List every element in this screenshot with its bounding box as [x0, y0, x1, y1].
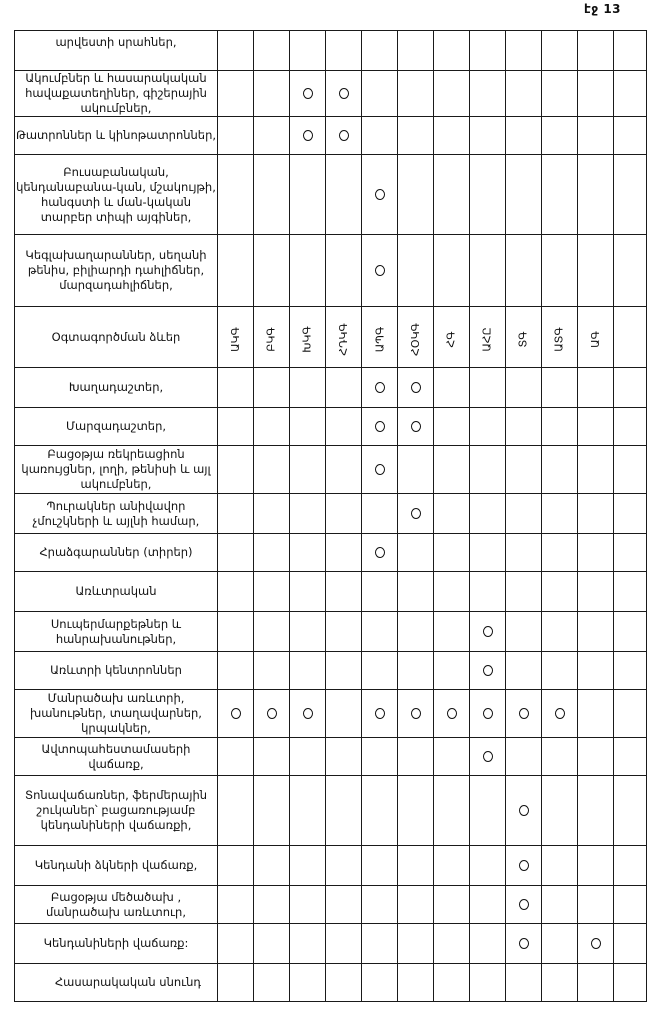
table-cell — [254, 155, 290, 235]
table-cell — [614, 155, 647, 235]
table-cell — [362, 155, 398, 235]
table-cell — [362, 690, 398, 738]
table-cell — [578, 846, 614, 886]
table-cell — [218, 924, 254, 964]
table-cell — [326, 408, 362, 446]
table-cell — [326, 612, 362, 652]
table-cell — [614, 964, 647, 1002]
table-cell — [398, 494, 434, 534]
table-cell — [506, 886, 542, 924]
table-cell — [254, 738, 290, 776]
table-cell — [218, 964, 254, 1002]
table-cell — [470, 408, 506, 446]
table-row: Ավտոպահեստամասերի վաճառք, — [15, 738, 647, 776]
table-cell — [326, 155, 362, 235]
table-row: Բացօթյա մեծածախ , մանրածախ առևտուր, — [15, 886, 647, 924]
table-cell — [506, 776, 542, 846]
table-cell — [398, 776, 434, 846]
col-header-2: ԲԿԳ — [254, 307, 290, 368]
table-cell — [290, 368, 326, 408]
col-header-6: ՀՕԿԳ — [398, 307, 434, 368]
header-row: Օգտագործման ձևեր ԱԿԳ ԲԿԳ ԽԿԳ ՀԴԿԳ ԱՊԳ ՀՕ… — [15, 307, 647, 368]
table-row: Հրաձգարաններ (տիրեր) — [15, 534, 647, 572]
rows-before-header: արվեստի սրահներ,Ակումբներ և հասարակական … — [15, 31, 647, 307]
table-cell — [614, 117, 647, 155]
table-cell — [254, 846, 290, 886]
table-cell — [398, 31, 434, 71]
table-cell — [254, 31, 290, 71]
table-cell — [614, 534, 647, 572]
circle-mark-icon — [447, 708, 457, 719]
table-cell — [614, 408, 647, 446]
circle-mark-icon — [411, 421, 421, 432]
table-cell — [542, 534, 578, 572]
section-label: Հասարակական սնունդ — [15, 964, 218, 1002]
table-cell — [362, 71, 398, 117]
table-cell — [578, 776, 614, 846]
table-cell — [398, 886, 434, 924]
table-cell — [254, 446, 290, 494]
table-cell — [542, 31, 578, 71]
table-cell — [434, 964, 470, 1002]
table-cell — [470, 964, 506, 1002]
table-cell — [290, 235, 326, 307]
table-cell — [542, 71, 578, 117]
table-cell — [290, 572, 326, 612]
table-cell — [542, 690, 578, 738]
table-cell — [218, 446, 254, 494]
table-cell — [614, 235, 647, 307]
table-cell — [290, 652, 326, 690]
table-cell — [506, 964, 542, 1002]
table-cell — [506, 235, 542, 307]
table-row: Ակումբներ և հասարակական հավաքատեղիներ, գ… — [15, 71, 647, 117]
table-cell — [290, 776, 326, 846]
row-label: Թատրոններ և կինոթատրոններ, — [15, 117, 218, 155]
table-cell — [398, 738, 434, 776]
table-cell — [434, 368, 470, 408]
table-cell — [542, 612, 578, 652]
table-cell — [470, 612, 506, 652]
table-cell — [578, 612, 614, 652]
table-cell — [326, 738, 362, 776]
table-cell — [398, 235, 434, 307]
table-cell — [326, 690, 362, 738]
table-cell — [326, 368, 362, 408]
row-label: Կենդանի ձկների վաճառք, — [15, 846, 218, 886]
table-cell — [362, 846, 398, 886]
table-cell — [434, 235, 470, 307]
table-cell — [398, 690, 434, 738]
table-cell — [506, 117, 542, 155]
table-cell — [506, 71, 542, 117]
table-row: Բուսաբանական, կենդանաբանա-կան, մշակույթի… — [15, 155, 647, 235]
circle-mark-icon — [303, 708, 313, 719]
table-cell — [434, 690, 470, 738]
row-label: Տոնավաճառներ, ֆերմերային շուկաներ՝ բացառ… — [15, 776, 218, 846]
table-cell — [614, 31, 647, 71]
table-cell — [542, 235, 578, 307]
table-cell — [578, 117, 614, 155]
circle-mark-icon — [411, 382, 421, 393]
table-cell — [290, 964, 326, 1002]
table-cell — [218, 368, 254, 408]
row-label: Մանրածախ առևտրի, խանութներ, տաղավարներ, … — [15, 690, 218, 738]
table-cell — [614, 446, 647, 494]
table-cell — [254, 235, 290, 307]
row-label: Սուպերմարքեթներ և հանրախանութներ, — [15, 612, 218, 652]
table-cell — [506, 368, 542, 408]
page-number-label: էջ 13 — [584, 2, 621, 16]
table-cell — [578, 31, 614, 71]
table-cell — [506, 31, 542, 71]
table-cell — [290, 534, 326, 572]
table-cell — [398, 117, 434, 155]
table-row: Մարզադաշտեր, — [15, 408, 647, 446]
table-cell — [506, 408, 542, 446]
circle-mark-icon — [519, 805, 529, 816]
table-cell — [614, 612, 647, 652]
table-cell — [218, 690, 254, 738]
table-cell — [470, 690, 506, 738]
table-cell — [470, 446, 506, 494]
circle-mark-icon — [231, 708, 241, 719]
table-cell — [506, 690, 542, 738]
circle-mark-icon — [591, 938, 601, 949]
table-cell — [218, 776, 254, 846]
row-label: Հրաձգարաններ (տիրեր) — [15, 534, 218, 572]
table-cell — [362, 612, 398, 652]
table-cell — [434, 71, 470, 117]
table-cell — [434, 572, 470, 612]
row-label: Ակումբներ և հասարակական հավաքատեղիներ, գ… — [15, 71, 218, 117]
table-cell — [470, 368, 506, 408]
table-row: Խաղադաշտեր, — [15, 368, 647, 408]
table-cell — [326, 776, 362, 846]
table-cell — [326, 652, 362, 690]
col-header-8: ԱՀԸ — [470, 307, 506, 368]
table-cell — [254, 71, 290, 117]
table-cell — [254, 408, 290, 446]
table-cell — [254, 776, 290, 846]
table-cell — [218, 612, 254, 652]
table-cell — [290, 71, 326, 117]
col-header-1: ԱԿԳ — [218, 307, 254, 368]
table-cell — [218, 117, 254, 155]
table-row: Մանրածախ առևտրի, խանութներ, տաղավարներ, … — [15, 690, 647, 738]
col-header-3: ԽԿԳ — [290, 307, 326, 368]
col-header-5: ԱՊԳ — [362, 307, 398, 368]
table-cell — [506, 155, 542, 235]
row-label: Բուսաբանական, կենդանաբանա-կան, մշակույթի… — [15, 155, 218, 235]
table-cell — [434, 155, 470, 235]
circle-mark-icon — [483, 626, 493, 637]
table-cell — [398, 924, 434, 964]
table-row: Հասարակական սնունդ — [15, 964, 647, 1002]
table-cell — [578, 652, 614, 690]
table-cell — [218, 155, 254, 235]
row-label: Բացօթյա մեծածախ , մանրածախ առևտուր, — [15, 886, 218, 924]
col-header-7: ՀԳ — [434, 307, 470, 368]
table-cell — [542, 155, 578, 235]
table-cell — [542, 738, 578, 776]
table-cell — [290, 690, 326, 738]
table-cell — [218, 652, 254, 690]
col-header-12 — [614, 307, 647, 368]
table-cell — [362, 235, 398, 307]
table-cell — [362, 494, 398, 534]
table-cell — [398, 71, 434, 117]
table-cell — [470, 924, 506, 964]
table-cell — [506, 572, 542, 612]
table-cell — [470, 155, 506, 235]
table-cell — [362, 924, 398, 964]
table-cell — [506, 534, 542, 572]
table-cell — [470, 31, 506, 71]
table-row: Պուրակներ անիվավոր չմուշկների և այլնի հա… — [15, 494, 647, 534]
table-cell — [398, 368, 434, 408]
table-cell — [290, 446, 326, 494]
table-cell — [218, 572, 254, 612]
table-cell — [542, 408, 578, 446]
circle-mark-icon — [483, 665, 493, 676]
table-cell — [326, 572, 362, 612]
circle-mark-icon — [375, 421, 385, 432]
table-cell — [326, 846, 362, 886]
circle-mark-icon — [555, 708, 565, 719]
table-cell — [398, 612, 434, 652]
header-label: Օգտագործման ձևեր — [15, 307, 218, 368]
table-cell — [578, 446, 614, 494]
table-cell — [614, 652, 647, 690]
circle-mark-icon — [483, 751, 493, 762]
table-cell — [578, 924, 614, 964]
table-cell — [434, 886, 470, 924]
table-row: Բացօթյա ռեկրեացիոն կառույցներ, լողի, թեն… — [15, 446, 647, 494]
row-label: Կեգլախաղարաններ, սեղանի թենիս, բիլիարդի … — [15, 235, 218, 307]
table-cell — [326, 886, 362, 924]
row-label: Բացօթյա ռեկրեացիոն կառույցներ, լողի, թեն… — [15, 446, 218, 494]
table-cell — [362, 652, 398, 690]
table-cell — [578, 71, 614, 117]
table-cell — [434, 738, 470, 776]
circle-mark-icon — [411, 708, 421, 719]
table-cell — [326, 235, 362, 307]
table-cell — [542, 652, 578, 690]
table-cell — [218, 738, 254, 776]
table-cell — [362, 368, 398, 408]
table-cell — [542, 368, 578, 408]
circle-mark-icon — [375, 464, 385, 475]
table-cell — [398, 846, 434, 886]
table-cell — [470, 117, 506, 155]
table-cell — [470, 494, 506, 534]
circle-mark-icon — [303, 130, 313, 141]
circle-mark-icon — [375, 708, 385, 719]
table-cell — [542, 446, 578, 494]
table-cell — [434, 494, 470, 534]
table-cell — [506, 652, 542, 690]
table-cell — [254, 572, 290, 612]
circle-mark-icon — [375, 265, 385, 276]
table-cell — [290, 408, 326, 446]
table-cell — [614, 738, 647, 776]
table-cell — [578, 572, 614, 612]
section-label: Առևտրական — [15, 572, 218, 612]
circle-mark-icon — [519, 708, 529, 719]
table-cell — [254, 494, 290, 534]
table-cell — [614, 494, 647, 534]
table-cell — [254, 964, 290, 1002]
table-cell — [434, 776, 470, 846]
table-cell — [326, 446, 362, 494]
header-row-group: Օգտագործման ձևեր ԱԿԳ ԲԿԳ ԽԿԳ ՀԴԿԳ ԱՊԳ ՀՕ… — [15, 307, 647, 368]
table-cell — [434, 534, 470, 572]
table-cell — [542, 846, 578, 886]
table-cell — [398, 964, 434, 1002]
table-cell — [578, 738, 614, 776]
table-cell — [254, 612, 290, 652]
table-cell — [470, 738, 506, 776]
table-cell — [470, 235, 506, 307]
row-label: Պուրակներ անիվավոր չմուշկների և այլնի հա… — [15, 494, 218, 534]
table-cell — [398, 408, 434, 446]
circle-mark-icon — [303, 88, 313, 99]
table-cell — [542, 886, 578, 924]
table-cell — [218, 494, 254, 534]
table-cell — [362, 408, 398, 446]
table-cell — [470, 776, 506, 846]
table-row: Կեգլախաղարաններ, սեղանի թենիս, բիլիարդի … — [15, 235, 647, 307]
table-cell — [470, 846, 506, 886]
table-cell — [578, 964, 614, 1002]
table-cell — [542, 964, 578, 1002]
table-cell — [254, 534, 290, 572]
table-cell — [542, 494, 578, 534]
table-cell — [470, 886, 506, 924]
table-row: Առևտրի կենտրոններ — [15, 652, 647, 690]
table-cell — [542, 117, 578, 155]
table-cell — [434, 846, 470, 886]
table-cell — [326, 117, 362, 155]
table-cell — [398, 652, 434, 690]
table-cell — [614, 690, 647, 738]
table-cell — [362, 572, 398, 612]
table-cell — [218, 886, 254, 924]
col-header-11: ԱԳ — [578, 307, 614, 368]
table-cell — [470, 71, 506, 117]
table-row: Առևտրական — [15, 572, 647, 612]
circle-mark-icon — [519, 860, 529, 871]
circle-mark-icon — [483, 708, 493, 719]
table-cell — [290, 924, 326, 964]
table-cell — [398, 534, 434, 572]
table-cell — [506, 446, 542, 494]
table-cell — [254, 652, 290, 690]
table-cell — [614, 368, 647, 408]
table-cell — [506, 612, 542, 652]
circle-mark-icon — [339, 88, 349, 99]
table-cell — [578, 235, 614, 307]
table-cell — [362, 117, 398, 155]
table-cell — [578, 155, 614, 235]
table-cell — [578, 886, 614, 924]
table-cell — [218, 71, 254, 117]
table-cell — [542, 776, 578, 846]
table-cell — [434, 31, 470, 71]
table-row: Տոնավաճառներ, ֆերմերային շուկաներ՝ բացառ… — [15, 776, 647, 846]
table-cell — [290, 738, 326, 776]
circle-mark-icon — [339, 130, 349, 141]
row-label: Խաղադաշտեր, — [15, 368, 218, 408]
table-cell — [434, 612, 470, 652]
row-label: Առևտրի կենտրոններ — [15, 652, 218, 690]
table-cell — [398, 572, 434, 612]
table-cell — [290, 117, 326, 155]
table-cell — [614, 846, 647, 886]
table-row: Թատրոններ և կինոթատրոններ, — [15, 117, 647, 155]
circle-mark-icon — [267, 708, 277, 719]
table-cell — [434, 652, 470, 690]
row-label: Կենդանիների վաճառք: — [15, 924, 218, 964]
table-cell — [362, 776, 398, 846]
table-cell — [434, 408, 470, 446]
table-cell — [326, 494, 362, 534]
table-cell — [614, 71, 647, 117]
table-cell — [506, 924, 542, 964]
table-cell — [254, 886, 290, 924]
table-cell — [290, 494, 326, 534]
table-cell — [578, 494, 614, 534]
table-cell — [614, 572, 647, 612]
row-label: Մարզադաշտեր, — [15, 408, 218, 446]
table-cell — [614, 924, 647, 964]
table-cell — [254, 368, 290, 408]
table-cell — [290, 846, 326, 886]
table-cell — [614, 776, 647, 846]
table-cell — [254, 117, 290, 155]
table-cell — [578, 690, 614, 738]
circle-mark-icon — [375, 547, 385, 558]
col-header-10: ԱՏԳ — [542, 307, 578, 368]
table-cell — [542, 572, 578, 612]
table-cell — [470, 652, 506, 690]
table-cell — [506, 494, 542, 534]
table-cell — [326, 964, 362, 1002]
row-label: արվեստի սրահներ, — [15, 31, 218, 71]
table-cell — [326, 31, 362, 71]
table-cell — [326, 534, 362, 572]
table-cell — [434, 924, 470, 964]
table-cell — [218, 846, 254, 886]
table-row: Կենդանիների վաճառք: — [15, 924, 647, 964]
table-cell — [326, 71, 362, 117]
table-cell — [362, 964, 398, 1002]
table-cell — [218, 31, 254, 71]
table-cell — [254, 924, 290, 964]
rows-after-header: Խաղադաշտեր,Մարզադաշտեր,Բացօթյա ռեկրեացիո… — [15, 368, 647, 1002]
table-cell — [218, 408, 254, 446]
table-cell — [398, 446, 434, 494]
table-cell — [434, 446, 470, 494]
table-cell — [362, 31, 398, 71]
table-cell — [578, 368, 614, 408]
table-cell — [218, 534, 254, 572]
table-cell — [326, 924, 362, 964]
table-cell — [398, 155, 434, 235]
table-cell — [254, 690, 290, 738]
table-row: Կենդանի ձկների վաճառք, — [15, 846, 647, 886]
